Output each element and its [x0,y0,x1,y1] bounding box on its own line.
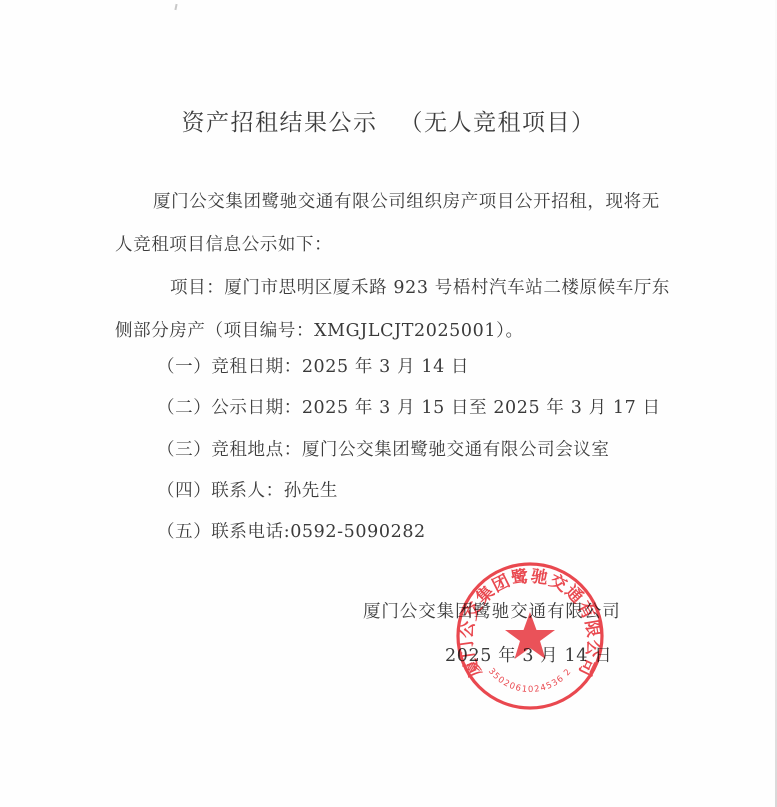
title-suffix: （无人竞租项目） [400,110,596,136]
item-label: （二）公示日期： [157,398,302,418]
scan-artifact [174,4,177,10]
project-paragraph-line-1: 项目：厦门市思明区厦禾路 923 号梧村汽车站二楼原候车厅东 [170,276,670,300]
title-main: 资产招租结果公示 [182,110,378,136]
item-contact-person: （四）联系人：孙先生 [157,479,338,503]
document-page: 资产招租结果公示（无人竞租项目） 厦门公交集团鹭驰交通有限公司组织房产项目公开招… [0,0,777,807]
signature-company: 厦门公交集团鹭驰交通有限公司 [363,600,621,624]
item-label: （一）竞租日期： [157,357,302,377]
item-bid-date: （一）竞租日期：2025 年 3 月 14 日 [157,355,469,379]
company-seal-stamp: 厦门公交集团鹭驰交通有限公司 3502061024536 2 [455,562,605,710]
project-paragraph-line-2: 侧部分房产（项目编号：XMGJLCJT2025001）。 [115,319,524,343]
intro-paragraph-line-1: 厦门公交集团鹭驰交通有限公司组织房产项目公开招租，现将无 [153,190,660,214]
seal-code-text: 3502061024536 2 [486,667,574,695]
item-contact-phone: （五）联系电话:0592-5090282 [157,520,426,544]
item-value: 0592-5090282 [290,522,426,542]
item-label: （五）联系电话: [157,522,290,542]
item-value: 2025 年 3 月 14 日 [302,357,469,377]
item-value: 孙先生 [284,481,338,501]
item-publicity-date: （二）公示日期：2025 年 3 月 15 日至 2025 年 3 月 17 日 [157,396,661,420]
item-value: 厦门公交集团鹭驰交通有限公司会议室 [302,440,610,460]
item-label: （四）联系人： [157,481,284,501]
intro-paragraph-line-2: 人竞租项目信息公示如下： [115,233,332,257]
signature-date: 2025 年 3 月 14 日 [445,644,612,668]
document-title: 资产招租结果公示（无人竞租项目） [0,104,777,137]
item-bid-location: （三）竞租地点：厦门公交集团鹭驰交通有限公司会议室 [157,438,610,462]
item-value: 2025 年 3 月 15 日至 2025 年 3 月 17 日 [302,398,661,418]
seal-ring [458,564,602,708]
item-label: （三）竞租地点： [157,440,302,460]
